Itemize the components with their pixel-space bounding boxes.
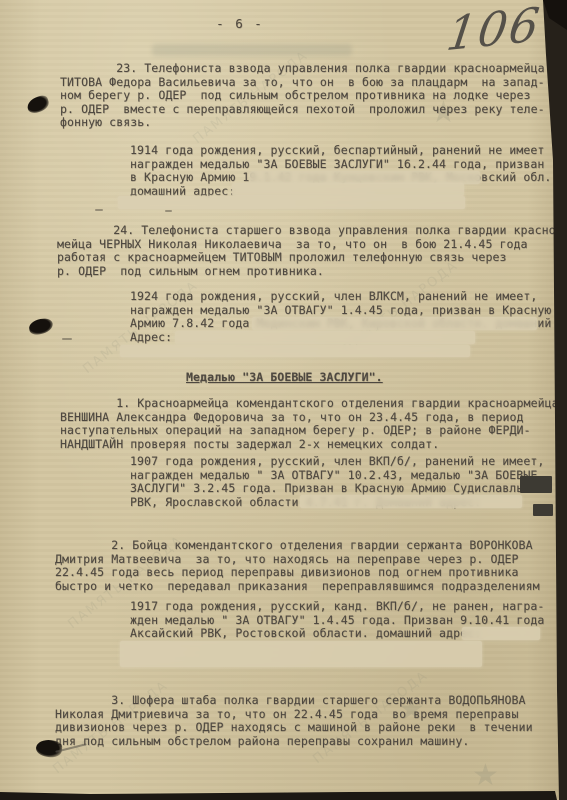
text-line: 1. Красноармейца комендантского отделени… xyxy=(60,397,559,411)
text-line: награжден медалью " ЗА ОТВАГУ" 10.2.43, … xyxy=(130,469,551,483)
stray-mark xyxy=(95,209,103,211)
stray-mark xyxy=(62,338,72,340)
redaction-blur-box xyxy=(462,627,540,640)
redaction-blur-box xyxy=(118,196,465,209)
scanned-document-page: ПАМЯТЬ НАРОДА ПАМЯТЬ НАРОДА ПАМЯТЬ НАРОД… xyxy=(0,0,567,800)
redaction-blur-box xyxy=(120,345,470,357)
text-line: дня под сильным обстрелом района перепра… xyxy=(55,735,533,749)
text-line: Николая Дмитриевича за то, что он 22.4.4… xyxy=(55,708,533,722)
text-line: 1907 года рождения, русский, член ВКП/б/… xyxy=(130,455,551,469)
redaction-dark-box xyxy=(533,504,553,516)
page-number-label: - 6 - xyxy=(170,16,310,31)
text-line: награжден медалью "ЗА БОЕВЫЕ ЗАСЛУГИ" 16… xyxy=(130,158,551,172)
entry-24-paragraph: 24. Телефониста старшего взвода управлен… xyxy=(57,224,567,278)
redaction-blur-box xyxy=(300,495,522,508)
text-line: фонную связь. xyxy=(60,116,545,130)
text-line: 24. Телефониста старшего взвода управлен… xyxy=(57,224,567,238)
entry-23-paragraph: 23. Телефониста взвода управления полка … xyxy=(60,62,545,130)
redaction-blur-box xyxy=(175,331,475,344)
ink-blot xyxy=(28,317,54,336)
section-heading: Медалью "ЗА БОЕВЫЕ ЗАСЛУГИ". xyxy=(186,371,383,385)
text-line: 1914 года рождения, русский, беспартийны… xyxy=(130,144,551,158)
text-line: 3. Шофера штаба полка гвардии старшего с… xyxy=(55,694,533,708)
stray-mark xyxy=(165,210,172,212)
top-right-corner xyxy=(543,0,567,30)
text-line: работая с красноармейцем ТИТОВЫМ проложи… xyxy=(57,251,567,265)
text-line: 23. Телефониста взвода управления полка … xyxy=(60,62,545,76)
entry-1-paragraph: 1. Красноармейца комендантского отделени… xyxy=(60,397,559,451)
text-line: Дмитрия Матвеевича за то, что находясь н… xyxy=(55,553,540,567)
text-line: быстро и четко передавал приказания пере… xyxy=(55,580,540,594)
text-line: мейца ЧЕРНЫХ Николая Николаевича за то, … xyxy=(57,238,567,252)
text-line: 22.4.45 года весь период переправы дивиз… xyxy=(55,566,540,580)
ink-blot xyxy=(35,738,63,758)
redaction-blur-box xyxy=(252,317,537,330)
redaction-blur-box xyxy=(120,641,482,667)
text-line: р. ОДЕР вместе с переправляющейся пехото… xyxy=(60,103,545,117)
text-line: награжден медалью "ЗА ОТВАГУ" 1.4.45 год… xyxy=(130,304,551,318)
entry-3-paragraph: 3. Шофера штаба полка гвардии старшего с… xyxy=(55,694,533,748)
text-line: р. ОДЕР под сильным огнем противника. xyxy=(57,265,567,279)
text-line: НАНДШТАЙН проверяя посты задержал 2-х не… xyxy=(60,438,559,452)
text-line: жден медалью " ЗА ОТВАГУ" 1.4.45 года. П… xyxy=(130,614,544,628)
ink-blot xyxy=(25,94,51,115)
text-line: наступательных операций на западном бере… xyxy=(60,424,559,438)
entry-2-paragraph: 2. Бойца комендантского отделения гварди… xyxy=(55,539,540,593)
text-line: 1924 года рождения, русский, член ВЛКСМ,… xyxy=(130,290,551,304)
text-line: 1917 года рождения, русский, канд. ВКП/б… xyxy=(130,600,544,614)
redaction-blur-box xyxy=(232,183,464,196)
erased-stamp-smudge xyxy=(152,44,352,56)
text-line: ТИТОВА Федора Васильевича за то, что он … xyxy=(60,76,545,90)
text-line: ВЕНШИНА Александра Федоровича за то, что… xyxy=(60,411,559,425)
star-watermark-icon: ★ xyxy=(472,758,499,793)
text-line: ЗАСЛУГИ" 3.2.45 года. Призван в Красную … xyxy=(130,482,551,496)
sheet-number-handwritten: 106 xyxy=(443,0,544,61)
text-line: дивизионов через р. ОДЕР находясь с маши… xyxy=(55,721,533,735)
text-line: 2. Бойца комендантского отделения гварди… xyxy=(55,539,540,553)
redaction-dark-box xyxy=(520,476,552,493)
text-line: ном берегу р. ОДЕР под сильным обстрелом… xyxy=(60,89,545,103)
